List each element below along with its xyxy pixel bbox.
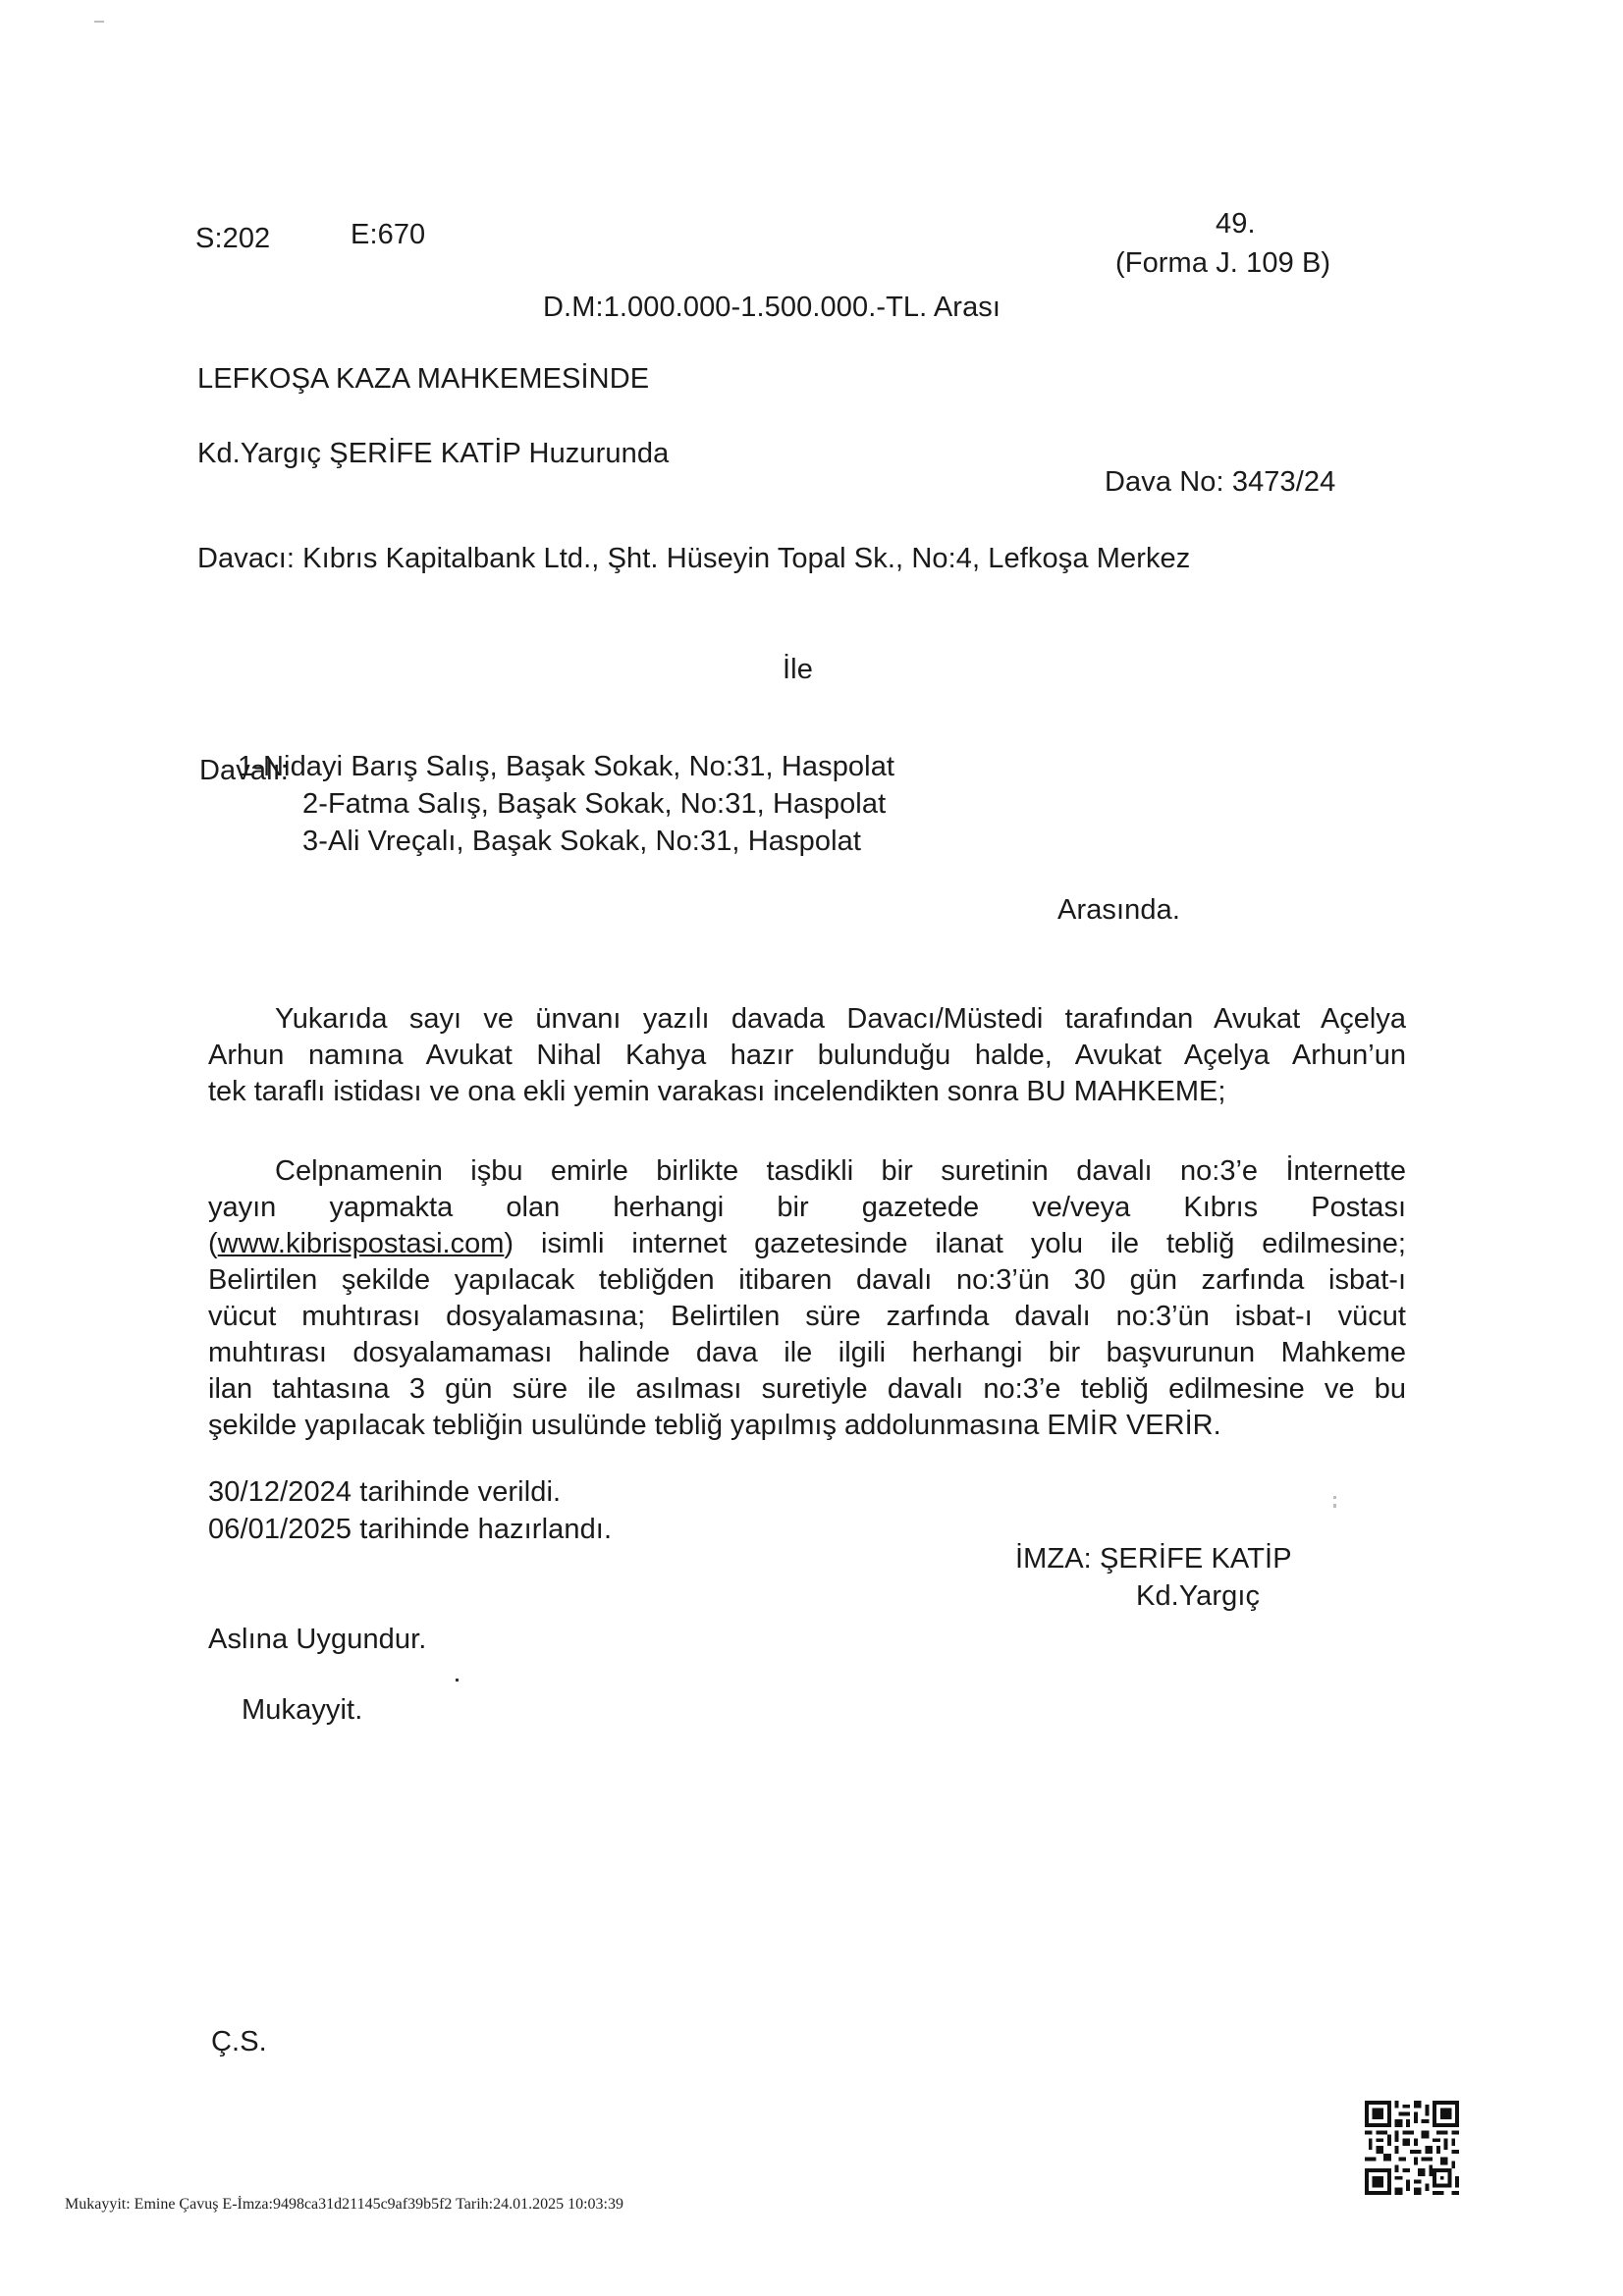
paragraph-line: muhtırası dosyalamaması halinde dava ile… — [208, 1335, 1406, 1371]
scan-artifact — [1333, 1504, 1336, 1508]
signature-name: İMZA: ŞERİFE KATİP — [1015, 1541, 1292, 1576]
paragraph-line: vücut muhtırası dosyalamasına; Belirtile… — [208, 1299, 1406, 1335]
paragraph-line: Yukarıda sayı ve ünvanı yazılı davada Da… — [208, 1001, 1406, 1038]
scan-artifact — [1333, 1496, 1336, 1499]
page-number: 49. — [1216, 206, 1256, 241]
paragraph-line: Belirtilen şekilde yapılacak tebliğden i… — [208, 1262, 1406, 1299]
true-copy-note: Aslına Uygundur. — [208, 1622, 426, 1657]
registrar-label: Mukayyit. — [242, 1692, 362, 1728]
date-given: 30/12/2024 tarihinde verildi. — [208, 1474, 561, 1510]
paragraph-line: Arhun namına Avukat Nihal Kahya hazır bu… — [208, 1038, 1406, 1074]
signature-title: Kd.Yargıç — [1136, 1578, 1260, 1614]
closing-arasinda: Arasında. — [1057, 892, 1180, 928]
plaintiff: Davacı: Kıbrıs Kapitalbank Ltd., Şht. Hü… — [197, 541, 1190, 576]
paragraph-line: şekilde yapılacak tebliğin usulünde tebl… — [208, 1408, 1406, 1444]
paragraph-intro: Yukarıda sayı ve ünvanı yazılı davada Da… — [208, 1001, 1406, 1110]
link-close-paren: ) — [504, 1228, 514, 1259]
scan-artifact — [456, 1679, 459, 1682]
paragraph-line-with-link: (www.kibrispostasi.com) isimli internet … — [208, 1226, 1406, 1262]
paragraph-line-rest: isimli internet gazetesinde ilanat yolu … — [541, 1228, 1406, 1259]
paragraph-line: yayın yapmakta olan herhangi bir gazeted… — [208, 1190, 1406, 1226]
paragraph-line: Celpnamenin işbu emirle birlikte tasdikl… — [208, 1153, 1406, 1190]
qr-code-icon — [1365, 2101, 1459, 2195]
case-number: Dava No: 3473/24 — [1105, 464, 1335, 500]
defendant-1: 1-Nidayi Barış Salış, Başak Sokak, No:31… — [238, 749, 894, 784]
paragraph-order: Celpnamenin işbu emirle birlikte tasdikl… — [208, 1153, 1406, 1444]
e-signature-footer: Mukayyit: Emine Çavuş E-İmza:9498ca31d21… — [65, 2196, 623, 2214]
kibrispostasi-link[interactable]: www.kibrispostasi.com — [218, 1228, 505, 1259]
court-name: LEFKOŞA KAZA MAHKEMESİNDE — [197, 361, 649, 397]
e-number: E:670 — [351, 217, 425, 252]
defendant-3: 3-Ali Vreçalı, Başak Sokak, No:31, Haspo… — [302, 824, 861, 859]
dm-range: D.M:1.000.000-1.500.000.-TL. Arası — [543, 290, 1001, 325]
judge-line: Kd.Yargıç ŞERİFE KATİP Huzurunda — [197, 436, 669, 471]
s-number: S:202 — [195, 221, 270, 256]
paragraph-line: ilan tahtasına 3 gün süre ile asılması s… — [208, 1371, 1406, 1408]
initials: Ç.S. — [211, 2024, 267, 2059]
defendant-2: 2-Fatma Salış, Başak Sokak, No:31, Haspo… — [302, 786, 886, 822]
connector-ile: İle — [783, 652, 813, 687]
scan-artifact — [94, 21, 104, 23]
paragraph-line: tek taraflı istidası ve ona ekli yemin v… — [208, 1074, 1406, 1110]
date-prepared: 06/01/2025 tarihinde hazırlandı. — [208, 1512, 612, 1547]
link-open-paren: ( — [208, 1228, 218, 1259]
form-reference: (Forma J. 109 B) — [1115, 245, 1330, 281]
